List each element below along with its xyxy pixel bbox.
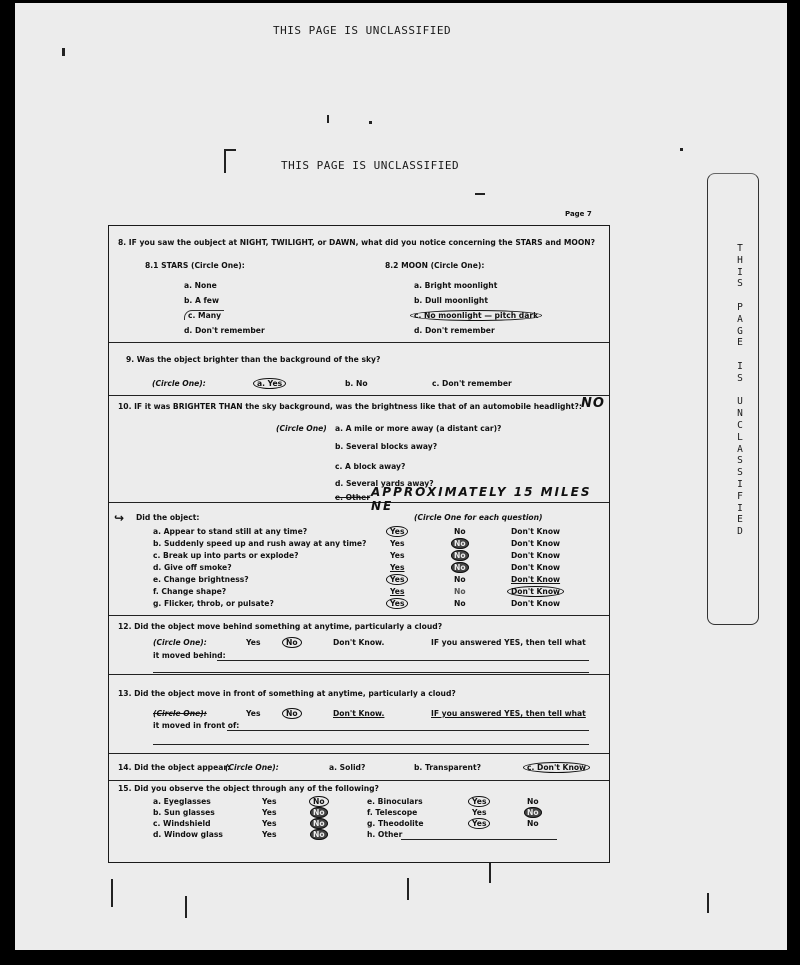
question-15-other-line[interactable] xyxy=(401,839,557,840)
question-12-circle-label: (Circle One): xyxy=(153,638,207,647)
question-9-circle-label: (Circle One): xyxy=(152,379,206,388)
scan-speck xyxy=(707,893,709,913)
question-12-no[interactable]: No xyxy=(286,638,298,647)
moon-option-a[interactable]: a. Bright moonlight xyxy=(414,281,497,290)
question-11-item-d-no[interactable]: No xyxy=(454,563,466,572)
question-13-followup: IF you answered YES, then tell what xyxy=(431,709,586,718)
question-15-item-f-no[interactable]: No xyxy=(527,808,539,817)
question-11-item-g-label: g. Flicker, throb, or pulsate? xyxy=(153,599,274,608)
question-14-option-a[interactable]: a. Solid? xyxy=(329,763,365,772)
question-12-yes[interactable]: Yes xyxy=(246,638,260,647)
question-9-section: 9. Was the object brighter than the back… xyxy=(109,343,609,396)
question-14-option-c[interactable]: c. Don't Know xyxy=(527,763,586,772)
question-10-option-b[interactable]: b. Several blocks away? xyxy=(335,442,437,451)
question-11-item-a-yes[interactable]: Yes xyxy=(390,527,404,536)
question-12-section: 12. Did the object move behind something… xyxy=(109,616,609,675)
scan-speck xyxy=(407,878,409,900)
question-9-option-b[interactable]: b. No xyxy=(345,379,368,388)
question-11-item-f-no[interactable]: No xyxy=(454,587,466,596)
stars-option-d[interactable]: d. Don't remember xyxy=(184,326,265,335)
question-11-item-g-yes[interactable]: Yes xyxy=(390,599,404,608)
question-14-text: 14. Did the object appear: xyxy=(118,763,230,772)
question-15-item-d-label: d. Window glass xyxy=(153,830,223,839)
question-10-other-label: e. Other xyxy=(335,493,370,502)
stars-option-c[interactable]: c. Many xyxy=(184,311,224,320)
scan-speck xyxy=(327,115,329,123)
question-11-item-a-dk[interactable]: Don't Know xyxy=(511,527,560,536)
question-11-item-c-no[interactable]: No xyxy=(454,551,466,560)
side-classification-stamp: THIS PAGE IS UNCLASSIFIED xyxy=(734,243,746,538)
question-11-item-g-dk[interactable]: Don't Know xyxy=(511,599,560,608)
question-11-item-b-dk[interactable]: Don't Know xyxy=(511,539,560,548)
question-11-section: ↪ Did the object: (Circle One for each q… xyxy=(109,503,609,616)
question-10-section: 10. IF it was BRIGHTER THAN the sky back… xyxy=(109,396,609,503)
question-11-item-c-label: c. Break up into parts or explode? xyxy=(153,551,299,560)
question-15-item-f-label: f. Telescope xyxy=(367,808,417,817)
question-15-item-g-label: g. Theodolite xyxy=(367,819,424,828)
classification-stamp-second: THIS PAGE IS UNCLASSIFIED xyxy=(281,159,459,172)
arrow-mark-icon: ↪ xyxy=(114,511,124,525)
question-15-item-e-no[interactable]: No xyxy=(527,797,539,806)
question-9-option-a[interactable]: a. Yes xyxy=(257,379,282,388)
question-13-answer-line-1[interactable] xyxy=(227,730,589,731)
scan-speck xyxy=(111,879,113,907)
question-8-text: 8. IF you saw the oubject at NIGHT, TWIL… xyxy=(118,238,595,247)
question-12-followup-2: it moved behind: xyxy=(153,651,226,660)
question-9-text: 9. Was the object brighter than the back… xyxy=(126,355,380,364)
scan-speck xyxy=(680,148,683,151)
question-11-item-c-dk[interactable]: Don't Know xyxy=(511,551,560,560)
question-11-item-d-label: d. Give off smoke? xyxy=(153,563,232,572)
question-10-text: 10. IF it was BRIGHTER THAN the sky back… xyxy=(118,402,582,411)
question-11-item-e-dk[interactable]: Don't Know xyxy=(511,575,560,584)
question-11-item-e-no[interactable]: No xyxy=(454,575,466,584)
question-11-instruction: (Circle One for each question) xyxy=(414,513,543,522)
question-11-item-d-dk[interactable]: Don't Know xyxy=(511,563,560,572)
question-13-text: 13. Did the object move in front of some… xyxy=(118,689,456,698)
question-12-followup: IF you answered YES, then tell what xyxy=(431,638,586,647)
question-15-item-c-label: c. Windshield xyxy=(153,819,211,828)
question-13-followup-2: it moved in front of: xyxy=(153,721,239,730)
question-11-item-c-yes[interactable]: Yes xyxy=(390,551,404,560)
question-11-item-g-no[interactable]: No xyxy=(454,599,466,608)
question-15-item-a-no[interactable]: No xyxy=(313,797,325,806)
stars-option-a[interactable]: a. None xyxy=(184,281,217,290)
question-15-item-a-yes[interactable]: Yes xyxy=(262,797,276,806)
moon-option-c[interactable]: c. No moonlight — pitch dark xyxy=(414,311,538,320)
question-15-item-g-no[interactable]: No xyxy=(527,819,539,828)
question-15-item-d-yes[interactable]: Yes xyxy=(262,830,276,839)
question-11-item-f-label: f. Change shape? xyxy=(153,587,226,596)
question-11-item-d-yes[interactable]: Yes xyxy=(390,563,404,572)
question-15-item-c-no[interactable]: No xyxy=(313,819,325,828)
question-9-option-c[interactable]: c. Don't remember xyxy=(432,379,512,388)
question-11-item-b-no[interactable]: No xyxy=(454,539,466,548)
question-13-answer-line-2[interactable] xyxy=(153,744,589,745)
question-11-item-f-dk[interactable]: Don't Know xyxy=(511,587,560,596)
scan-speck xyxy=(62,48,65,56)
question-11-item-e-yes[interactable]: Yes xyxy=(390,575,404,584)
question-13-yes[interactable]: Yes xyxy=(246,709,260,718)
side-bracket xyxy=(707,173,759,625)
question-13-circle-label: (Circle One): xyxy=(153,709,207,718)
question-15-item-e-yes[interactable]: Yes xyxy=(472,797,486,806)
question-10-option-c[interactable]: c. A block away? xyxy=(335,462,405,471)
scan-speck xyxy=(185,896,187,918)
question-11-item-f-yes[interactable]: Yes xyxy=(390,587,404,596)
scan-speck xyxy=(369,121,372,124)
question-11-item-a-no[interactable]: No xyxy=(454,527,466,536)
moon-option-b[interactable]: b. Dull moonlight xyxy=(414,296,488,305)
stars-option-b[interactable]: b. A few xyxy=(184,296,219,305)
question-14-section: 14. Did the object appear: (Circle One):… xyxy=(109,754,609,781)
question-15-item-c-yes[interactable]: Yes xyxy=(262,819,276,828)
question-15-item-b-label: b. Sun glasses xyxy=(153,808,215,817)
question-10-option-a[interactable]: a. A mile or more away (a distant car)? xyxy=(335,424,501,433)
moon-option-d[interactable]: d. Don't remember xyxy=(414,326,495,335)
question-15-item-g-yes[interactable]: Yes xyxy=(472,819,486,828)
question-15-item-b-yes[interactable]: Yes xyxy=(262,808,276,817)
question-11-item-b-yes[interactable]: Yes xyxy=(390,539,404,548)
question-12-answer-line-2[interactable] xyxy=(153,672,589,673)
moon-label: 8.2 MOON (Circle One): xyxy=(385,261,484,270)
question-14-circle-label: (Circle One): xyxy=(225,763,279,772)
question-15-item-d-no[interactable]: No xyxy=(313,830,325,839)
question-14-option-b[interactable]: b. Transparent? xyxy=(414,763,481,772)
question-11-item-b-label: b. Suddenly speed up and rush away at an… xyxy=(153,539,366,548)
question-12-dk[interactable]: Don't Know. xyxy=(333,638,384,647)
question-13-no[interactable]: No xyxy=(286,709,298,718)
question-15-item-e-label: e. Binoculars xyxy=(367,797,423,806)
question-15-item-a-label: a. Eyeglasses xyxy=(153,797,211,806)
question-15-text: 15. Did you observe the object through a… xyxy=(118,784,379,793)
classification-stamp-top: THIS PAGE IS UNCLASSIFIED xyxy=(273,24,451,37)
question-10-circle-label: (Circle One) xyxy=(276,424,327,433)
question-8-section: 8. IF you saw the oubject at NIGHT, TWIL… xyxy=(109,226,609,343)
corner-mark-top xyxy=(224,149,236,151)
question-15-item-h-label: h. Other xyxy=(367,830,402,839)
question-15-item-b-no[interactable]: No xyxy=(313,808,325,817)
question-13-section: 13. Did the object move in front of some… xyxy=(109,675,609,754)
page-number: Page 7 xyxy=(565,210,592,218)
question-15-item-f-yes[interactable]: Yes xyxy=(472,808,486,817)
scan-speck xyxy=(475,193,485,195)
question-11-text: Did the object: xyxy=(136,513,199,522)
question-12-answer-line-1[interactable] xyxy=(217,660,589,661)
question-13-dk[interactable]: Don't Know. xyxy=(333,709,384,718)
question-11-item-e-label: e. Change brightness? xyxy=(153,575,249,584)
document-page: THIS PAGE IS UNCLASSIFIED THIS PAGE IS U… xyxy=(15,3,787,950)
corner-mark xyxy=(224,149,226,173)
question-11-item-a-label: a. Appear to stand still at any time? xyxy=(153,527,307,536)
questionnaire-form: 8. IF you saw the oubject at NIGHT, TWIL… xyxy=(108,225,610,863)
stars-label: 8.1 STARS (Circle One): xyxy=(145,261,245,270)
question-15-section: 15. Did you observe the object through a… xyxy=(109,781,609,861)
question-12-text: 12. Did the object move behind something… xyxy=(118,622,442,631)
scan-speck xyxy=(489,863,491,883)
question-10-handwritten-answer: NO xyxy=(581,396,605,411)
